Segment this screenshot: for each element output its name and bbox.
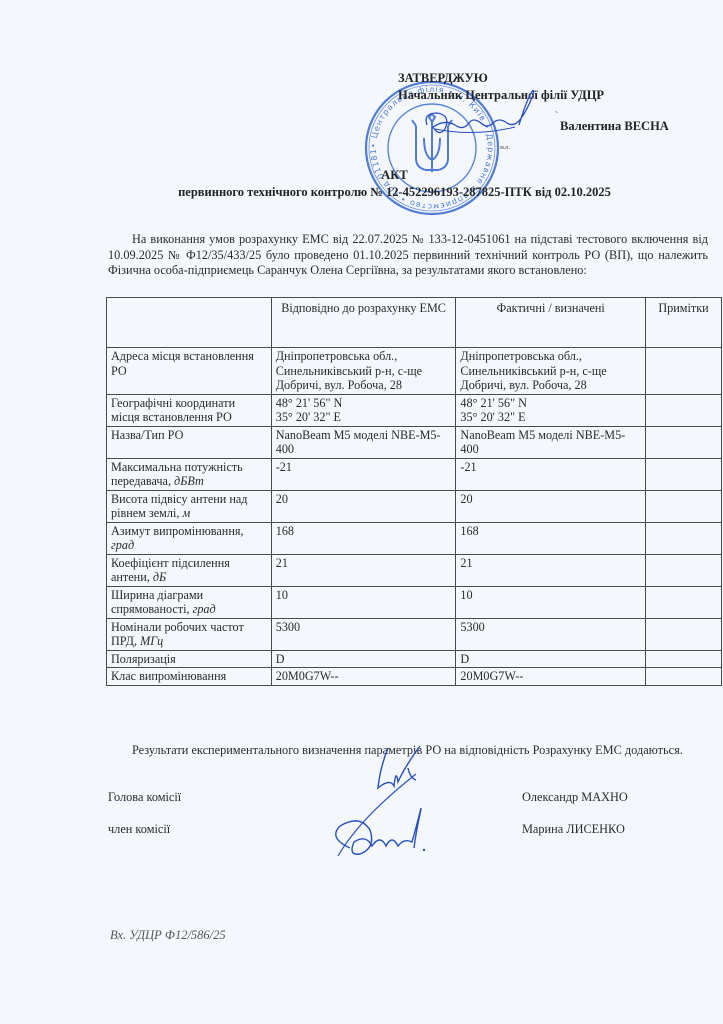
cell-parameter: Висота підвісу антени над рівнем землі, … (107, 490, 272, 522)
parameter-label: Висота підвісу антени над рівнем землі, (111, 492, 247, 521)
signature-role: Голова комісії (108, 790, 181, 805)
table-row: ПоляризаціяDD (107, 650, 722, 668)
cell-emc-value: 20M0G7W-- (271, 668, 456, 686)
cell-note (646, 490, 722, 522)
cell-note (646, 348, 722, 395)
parameter-unit: дБВт (174, 474, 204, 488)
table-row: Азимут випромінювання, град168168 (107, 522, 722, 554)
table-row: Максимальна потужність передавача, дБВт-… (107, 458, 722, 490)
intro-text: На виконання умов розрахунку ЕМС від 22.… (108, 232, 708, 277)
cell-note (646, 394, 722, 426)
incoming-reference: Вх. УДЦР Ф12/586/25 (110, 928, 226, 943)
cell-actual-value: D (456, 650, 646, 668)
signature-name: Олександр МАХНО (522, 790, 628, 805)
stamp-place-mark: м.п. (500, 145, 510, 151)
cell-actual-value: 20 (456, 490, 646, 522)
cell-note (646, 522, 722, 554)
parameter-label: Назва/Тип РО (111, 428, 183, 442)
table-row: Адреса місця встановлення РОДніпропетров… (107, 348, 722, 395)
cell-actual-value: Дніпропетровська обл., Синельниківський … (456, 348, 646, 395)
cell-actual-value: 10 (456, 586, 646, 618)
table-row: Номінали робочих частот ПРД, МГц53005300 (107, 618, 722, 650)
cell-note (646, 650, 722, 668)
cell-parameter: Назва/Тип РО (107, 426, 272, 458)
cell-actual-value: 20M0G7W-- (456, 668, 646, 686)
parameter-unit: м (182, 506, 190, 520)
parameter-label: Ширина діаграми спрямованості, (111, 588, 203, 617)
parameter-unit: дБ (153, 570, 166, 584)
table-row: Географічні координати місця встановленн… (107, 394, 722, 426)
parameter-label: Азимут випромінювання, (111, 524, 244, 538)
signature-role: член комісії (108, 822, 170, 837)
cell-parameter: Адреса місця встановлення РО (107, 348, 272, 395)
cell-parameter: Максимальна потужність передавача, дБВт (107, 458, 272, 490)
cell-emc-value: Дніпропетровська обл., Синельниківський … (271, 348, 456, 395)
parameter-unit: град (111, 538, 134, 552)
parameters-table: Відповідно до розрахунку ЕМС Фактичні / … (106, 297, 722, 686)
cell-emc-value: 10 (271, 586, 456, 618)
cell-note (646, 618, 722, 650)
cell-emc-value: 48° 21' 56" N 35° 20' 32" E (271, 394, 456, 426)
parameter-label: Адреса місця встановлення РО (111, 349, 254, 378)
cell-emc-value: 5300 (271, 618, 456, 650)
cell-emc-value: 21 (271, 554, 456, 586)
table-row: Висота підвісу антени над рівнем землі, … (107, 490, 722, 522)
parameter-label: Географічні координати місця встановленн… (111, 396, 235, 425)
parameter-unit: град (193, 602, 216, 616)
table-row: Ширина діаграми спрямованості, град1010 (107, 586, 722, 618)
cell-actual-value: 168 (456, 522, 646, 554)
approver-signature-icon (415, 85, 545, 145)
cell-actual-value: 48° 21' 56" N 35° 20' 32" E (456, 394, 646, 426)
header-emc: Відповідно до розрахунку ЕМС (271, 298, 456, 348)
cell-note (646, 554, 722, 586)
parameter-unit: МГц (140, 634, 163, 648)
cell-parameter: Поляризація (107, 650, 272, 668)
cell-note (646, 458, 722, 490)
cell-actual-value: -21 (456, 458, 646, 490)
cell-emc-value: D (271, 650, 456, 668)
cell-note (646, 668, 722, 686)
tick-mark: ` (555, 111, 558, 122)
cell-parameter: Номінали робочих частот ПРД, МГц (107, 618, 272, 650)
cell-parameter: Географічні координати місця встановленн… (107, 394, 272, 426)
cell-actual-value: 21 (456, 554, 646, 586)
cell-actual-value: 5300 (456, 618, 646, 650)
cell-actual-value: NanoBeam M5 моделі NBE-M5-400 (456, 426, 646, 458)
commission-signatures-icon (320, 738, 470, 863)
cell-parameter: Азимут випромінювання, град (107, 522, 272, 554)
header-parameter (107, 298, 272, 348)
parameter-label: Коефіцієнт підсилення антени, (111, 556, 230, 585)
signature-name: Марина ЛИСЕНКО (522, 822, 625, 837)
header-notes: Примітки (646, 298, 722, 348)
header-actual: Фактичні / визначені (456, 298, 646, 348)
approver-name: Валентина ВЕСНА (560, 118, 669, 135)
cell-note (646, 426, 722, 458)
table-row: Клас випромінювання20M0G7W--20M0G7W-- (107, 668, 722, 686)
parameter-label: Клас випромінювання (111, 669, 226, 683)
cell-parameter: Ширина діаграми спрямованості, град (107, 586, 272, 618)
cell-emc-value: 168 (271, 522, 456, 554)
document-subtitle: первинного технічного контролю № 12-4522… (33, 185, 723, 200)
cell-note (646, 586, 722, 618)
cell-parameter: Коефіцієнт підсилення антени, дБ (107, 554, 272, 586)
cell-parameter: Клас випромінювання (107, 668, 272, 686)
cell-emc-value: -21 (271, 458, 456, 490)
document-page: • Центральна філія • м. Київ • Державне … (0, 0, 723, 1024)
table-row: Коефіцієнт підсилення антени, дБ2121 (107, 554, 722, 586)
intro-paragraph: На виконання умов розрахунку ЕМС від 22.… (108, 232, 708, 279)
document-title: АКТ (33, 168, 723, 183)
cell-emc-value: NanoBeam M5 моделі NBE-M5-400 (271, 426, 456, 458)
table-row: Назва/Тип РОNanoBeam M5 моделі NBE-M5-40… (107, 426, 722, 458)
parameter-label: Номінали робочих частот ПРД, (111, 620, 244, 649)
table-header-row: Відповідно до розрахунку ЕМС Фактичні / … (107, 298, 722, 348)
parameter-label: Поляризація (111, 652, 176, 666)
cell-emc-value: 20 (271, 490, 456, 522)
